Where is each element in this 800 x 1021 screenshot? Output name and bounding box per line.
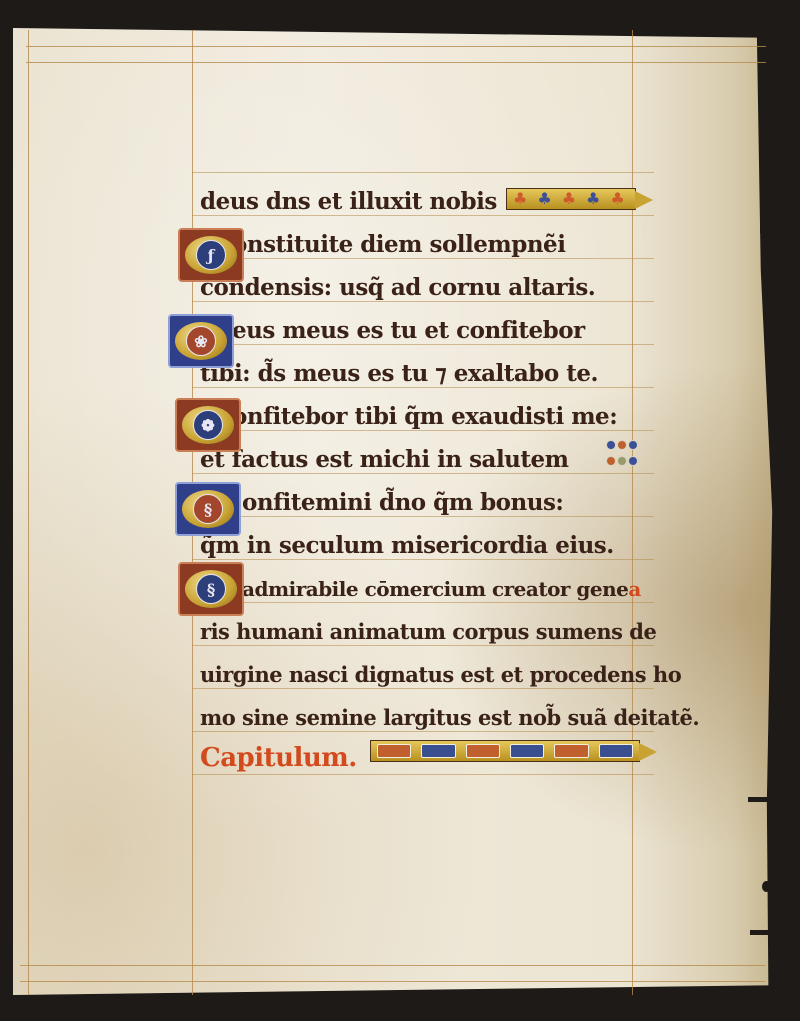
text-line-8: onfitemini d̃no q̃m bonus: [242,489,563,517]
text-line-6: onfitebor tibi q̃m exaudisti me: [232,403,617,431]
ruled-line [192,172,654,173]
text-line-12: uirgine nasci dignatus est et procedens … [200,661,681,689]
filler-bar-segment [466,744,500,758]
text-line-10: admirabile cōmercium creator genea [242,575,641,603]
initial-c-3-ornament-icon: § [193,494,223,524]
gold-letter-body: § [182,490,234,528]
cluster-dot-icon [617,456,627,466]
text-line-9: q̃m in seculum misericordia eius. [200,532,614,560]
gold-letter-body: ƒ [185,236,237,274]
filler-bar-segment [554,744,588,758]
line-filler-bars [370,740,640,762]
text-line-2: onstituite diem sollempnẽi [232,231,565,259]
cluster-dot-icon [606,456,616,466]
edge-hole [762,881,771,892]
initial-o-ornament-icon: § [196,574,226,604]
fleuron-icon: ♣ [537,189,551,209]
edge-notch [760,228,782,233]
cluster-dot-icon [628,440,638,450]
fleuron-icon: ♣ [562,189,576,209]
text-line-7: et factus est michi in salutem [200,446,569,474]
capitulum-heading: Capitulum. [200,744,357,772]
initial-d: ❀ [168,314,234,368]
cluster-dot-icon [606,440,616,450]
fleuron-icon: ♣ [586,189,600,209]
edge-notch [750,930,772,935]
text-line-10-main: admirabile cōmercium creator gene [242,577,628,601]
text-line-4: eus meus es tu et confitebor [232,317,585,345]
initial-c-1-ornament-icon: ƒ [196,240,226,270]
line-filler-cluster [606,440,642,470]
gold-letter-body: ❁ [182,406,234,444]
rule-bottom-1 [20,965,765,966]
text-line-11: ris humani animatum corpus sumens de [200,618,656,646]
rule-left-outer [28,30,29,995]
initial-c-2: ❁ [175,398,241,452]
filler-arrow-icon [639,743,657,761]
initial-c-2-ornament-icon: ❁ [193,410,223,440]
cluster-dot-icon [617,440,627,450]
rubric-letter: a [628,577,640,601]
initial-c-1: ƒ [178,228,244,282]
gold-letter-body: § [185,570,237,608]
text-line-1: deus dns et illuxit nobis [200,188,497,216]
ruled-line [192,774,654,775]
text-line-3: condensis: usq̃ ad cornu altaris. [200,274,595,302]
rule-text-right [632,30,633,995]
cluster-dot-icon [628,456,638,466]
filler-arrow-icon [635,191,653,209]
edge-notch [760,185,782,190]
initial-o: § [178,562,244,616]
line-filler-flowers: ♣ ♣ ♣ ♣ ♣ [506,188,636,210]
text-line-13: mo sine semine largitus est nob̃ suã de… [200,704,699,732]
rule-top-1 [26,46,766,47]
fleuron-icon: ♣ [610,189,624,209]
fleuron-icon: ♣ [513,189,527,209]
initial-d-ornament-icon: ❀ [186,326,216,356]
filler-bar-segment [599,744,633,758]
filler-bar-segment [510,744,544,758]
rule-top-2 [26,62,766,63]
filler-bar-segment [421,744,455,758]
edge-notch [748,797,770,802]
text-line-5: tibi: d̃s meus es tu ⁊ exaltabo te. [200,360,598,388]
rule-bottom-2 [20,981,765,982]
gold-letter-body: ❀ [175,322,227,360]
filler-bar-segment [377,744,411,758]
initial-c-3: § [175,482,241,536]
